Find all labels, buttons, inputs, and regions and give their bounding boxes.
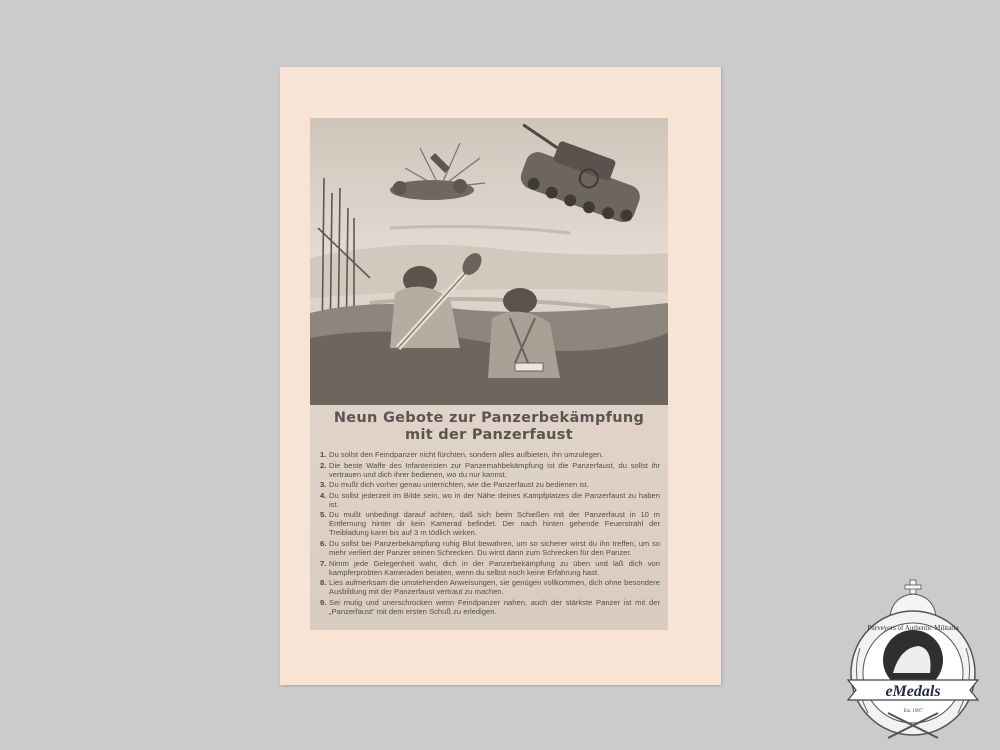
watermark-motto: Purveyors of Authentic Militaria: [867, 624, 959, 632]
rule-item: 7.Nimm jede Gelegenheit wahr, dich in de…: [320, 559, 660, 577]
rule-item: 9.Sei mutig und unerschrocken wenn Feind…: [320, 598, 660, 616]
rule-item: 3.Du mußt dich vorher genau unterrichten…: [320, 480, 660, 489]
rule-number: 1.: [320, 450, 329, 459]
rule-item: 8.Lies aufmerksam die umstehenden Anweis…: [320, 578, 660, 596]
illustration-image: [310, 118, 668, 405]
rule-text: Du mußt dich vorher genau unterrichten, …: [329, 480, 660, 489]
rule-text: Lies aufmerksam die umstehenden Anweisun…: [329, 578, 660, 596]
rule-text: Die beste Waffe des Infanteristen zur Pa…: [329, 461, 660, 479]
rule-number: 7.: [320, 559, 329, 577]
rule-text: Sei mutig und unerschrocken wenn Feindpa…: [329, 598, 660, 616]
emedals-watermark: Purveyors of Authentic Militaria eMedals…: [838, 578, 988, 748]
rule-text: Nimm jede Gelegenheit wahr, dich in der …: [329, 559, 660, 577]
rule-number: 2.: [320, 461, 329, 479]
rules-list: 1.Du sollst den Feindpanzer nicht fürcht…: [310, 450, 668, 616]
rule-text: Du sollst den Feindpanzer nicht fürchten…: [329, 450, 660, 459]
rule-text: Du mußt unbedingt darauf achten, daß sic…: [329, 510, 660, 537]
rules-text-block: Neun Gebote zur Panzerbekämpfung mit der…: [310, 405, 668, 630]
watermark-brand: eMedals: [885, 683, 940, 700]
rule-text: Du sollst bei Panzerbekämpfung ruhig Blu…: [329, 539, 660, 557]
rule-number: 9.: [320, 598, 329, 616]
rule-item: 2.Die beste Waffe des Infanteristen zur …: [320, 461, 660, 479]
document-title: Neun Gebote zur Panzerbekämpfung mit der…: [310, 410, 668, 444]
rule-number: 5.: [320, 510, 329, 537]
rule-number: 4.: [320, 491, 329, 509]
rule-item: 6.Du sollst bei Panzerbekämpfung ruhig B…: [320, 539, 660, 557]
rule-item: 4.Du sollst jederzeit im Bilde sein, wo …: [320, 491, 660, 509]
rule-number: 3.: [320, 480, 329, 489]
title-line-2: mit der Panzerfaust: [310, 427, 668, 444]
emedals-crest-icon: Purveyors of Authentic Militaria eMedals…: [838, 578, 988, 748]
battle-illustration: [310, 118, 668, 405]
leaflet-paper: Neun Gebote zur Panzerbekämpfung mit der…: [280, 67, 721, 685]
rule-number: 6.: [320, 539, 329, 557]
rule-number: 8.: [320, 578, 329, 596]
watermark-established: Est. 1997: [904, 709, 923, 714]
rule-item: 5.Du mußt unbedingt darauf achten, daß s…: [320, 510, 660, 537]
rule-text: Du sollst jederzeit im Bilde sein, wo in…: [329, 491, 660, 509]
rule-item: 1.Du sollst den Feindpanzer nicht fürcht…: [320, 450, 660, 459]
title-line-1: Neun Gebote zur Panzerbekämpfung: [310, 410, 668, 427]
